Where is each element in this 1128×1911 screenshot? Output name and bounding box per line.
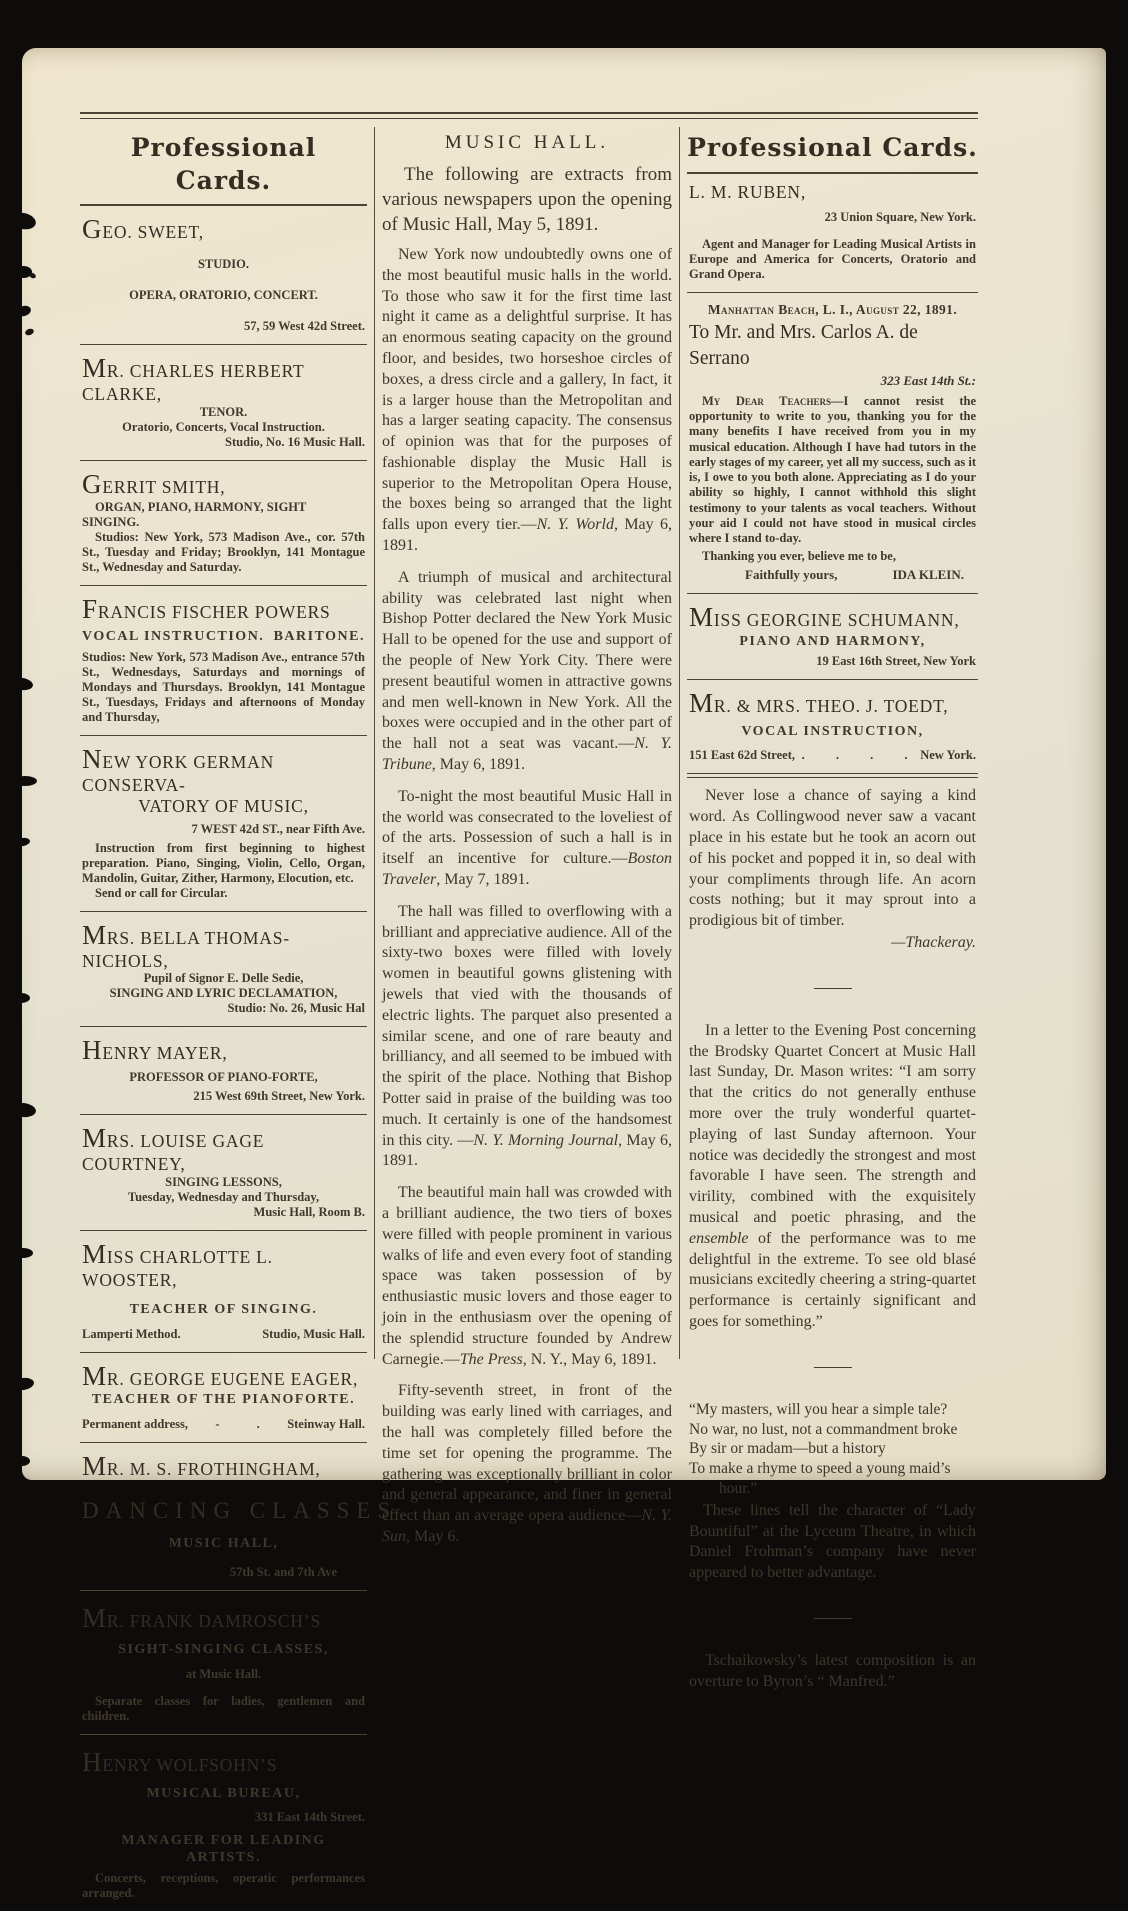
dancing-classes-banner: DANCING CLASSES <box>82 1496 365 1500</box>
card-line: Studio, No. 16 Music Hall. <box>82 435 365 450</box>
card-line: TEACHER OF SINGING. <box>82 1302 365 1319</box>
middle-column: MUSIC HALL. The following are extracts f… <box>382 127 672 1500</box>
card-line: TEACHER OF THE PIANOFORTE. <box>82 1392 365 1409</box>
column-rule-right-gap <box>672 127 687 1500</box>
torn-edge-mark <box>11 1377 34 1392</box>
card-name: HENRY MAYER, <box>82 1035 365 1066</box>
card-line: VOCAL INSTRUCTION. <box>82 629 264 646</box>
music-hall-intro: The following are extracts from various … <box>382 162 672 237</box>
quote-attribution: —Thackeray. <box>689 933 976 954</box>
card-name: MISS CHARLOTTE L. WOOSTER, <box>82 1239 365 1290</box>
thackeray-quote: Never lose a chance of saying a kind wor… <box>687 778 978 963</box>
extract-text: Fifty-seventh street, in front of the bu… <box>382 1382 672 1500</box>
card-line: 151 East 62d Street, <box>689 748 795 763</box>
card-charles-herbert-clarke: MR. CHARLES HERBERT CLARKE, TENOR. Orato… <box>80 345 367 460</box>
ink-speck <box>28 272 37 280</box>
press-source: N. Y. Morning Journal <box>473 1132 618 1149</box>
poem-line: “My masters, will you hear a simple tale… <box>689 1400 976 1420</box>
card-line: 215 West 69th Street, New York. <box>82 1089 365 1104</box>
card-louise-gage-courtney: MRS. LOUISE GAGE COURTNEY, SINGING LESSO… <box>80 1115 367 1230</box>
column-rule-left-gap <box>367 127 382 1500</box>
card-line: SINGING AND LYRIC DECLAMATION, <box>82 986 365 1001</box>
letter-body: My Dear Teachers—I cannot resist the opp… <box>689 394 976 547</box>
card-theo-toedt: MR. & MRS. THEO. J. TOEDT, VOCAL INSTRUC… <box>687 680 978 773</box>
letter-valediction: Faithfully yours, <box>745 567 837 584</box>
card-line: Instruction from first beginning to high… <box>82 841 365 886</box>
note-text: In a letter to the Evening Post concerni… <box>689 1021 976 1333</box>
professional-cards-header-left: Professional Cards. <box>80 127 367 206</box>
press-source: The Press <box>460 1351 523 1368</box>
card-frothingham-dancing: MR. M. S. FROTHINGHAM, DANCING CLASSES M… <box>80 1443 367 1500</box>
letter-signature: IDA KLEIN. <box>892 567 964 584</box>
press-extract: Fifty-seventh street, in front of the bu… <box>382 1381 672 1500</box>
three-column-layout: Professional Cards. GEO. SWEET, STUDIO. … <box>80 127 978 1500</box>
poem-line: By sir or madam—but a history <box>689 1439 976 1459</box>
extract-date: , May 6, 1891. <box>432 756 525 773</box>
note-text-pre: In a letter to the Evening Post concerni… <box>689 1022 976 1226</box>
card-line: Lamperti Method. <box>82 1327 181 1342</box>
torn-edge-mark <box>12 993 30 1003</box>
lady-bountiful-poem: “My masters, will you hear a simple tale… <box>687 1392 978 1500</box>
extract-text: The hall was filled to overflowing with … <box>382 903 672 1149</box>
torn-edge-mark <box>13 1248 33 1258</box>
torn-edge-mark <box>9 210 38 231</box>
card-line: BARITONE. <box>274 629 365 646</box>
card-line: PIANO AND HARMONY, <box>689 634 976 651</box>
press-extract: The beautiful main hall was crowded with… <box>382 1183 672 1370</box>
card-line-row: Permanent address, - . Steinway Hall. <box>82 1417 365 1432</box>
extract-date: , N. Y., May 6, 1891. <box>523 1351 657 1368</box>
card-name: MRS. BELLA THOMAS-NICHOLS, <box>82 920 365 971</box>
card-line: Oratorio, Concerts, Vocal Instruction. <box>82 420 365 435</box>
letter-body-text: —I cannot resist the opportunity to writ… <box>689 394 976 545</box>
card-name: GEO. SWEET, <box>82 214 365 245</box>
card-line: SINGING LESSONS, <box>82 1175 365 1190</box>
card-georgine-schumann: MISS GEORGINE SCHUMANN, PIANO AND HARMON… <box>687 594 978 679</box>
card-george-eugene-eager: MR. GEORGE EUGENE EAGER, TEACHER OF THE … <box>80 1353 367 1443</box>
card-ny-german-conservatory: NEW YORK GERMAN CONSERVA- VATORY OF MUSI… <box>80 736 367 912</box>
testimonial-letter: Manhattan Beach, L. I., August 22, 1891.… <box>687 293 978 594</box>
card-name: MR. CHARLES HERBERT CLARKE, <box>82 353 365 404</box>
music-hall-title: MUSIC HALL. <box>382 131 672 156</box>
torn-edge-mark <box>14 1456 30 1466</box>
card-name: MRS. LOUISE GAGE COURTNEY, <box>82 1123 365 1174</box>
press-extract: New York now undoubtedly owns one of the… <box>382 245 672 557</box>
letter-address: 323 East 14th St.: <box>689 373 976 390</box>
card-line: Steinway Hall. <box>287 1417 365 1432</box>
card-geo-sweet: GEO. SWEET, STUDIO. OPERA, ORATORIO, CON… <box>80 206 367 345</box>
card-charlotte-wooster: MISS CHARLOTTE L. WOOSTER, TEACHER OF SI… <box>80 1231 367 1353</box>
extract-text: New York now undoubtedly owns one of the… <box>382 246 672 533</box>
professional-cards-header-right: Professional Cards. <box>687 127 978 174</box>
card-line: . . . . <box>802 748 914 763</box>
dash-separator <box>814 1367 852 1368</box>
card-name: FRANCIS FISCHER POWERS <box>82 594 365 625</box>
card-line: Permanent address, <box>82 1417 188 1432</box>
card-line: Studios: New York, 573 Madison Ave., ent… <box>82 650 365 725</box>
torn-edge-mark <box>13 776 37 786</box>
quote-text: Never lose a chance of saying a kind wor… <box>689 786 976 932</box>
card-line: Music Hall, Room B. <box>82 1205 365 1220</box>
card-name: NEW YORK GERMAN CONSERVA- <box>82 744 365 795</box>
torn-edge-mark <box>9 1102 36 1119</box>
card-henry-mayer: HENRY MAYER, PROFESSOR OF PIANO-FORTE, 2… <box>80 1027 367 1115</box>
extract-text: The beautiful main hall was crowded with… <box>382 1184 672 1367</box>
column-rule <box>374 127 375 1359</box>
card-name: MISS GEORGINE SCHUMANN, <box>689 602 976 633</box>
card-bella-thomas-nichols: MRS. BELLA THOMAS-NICHOLS, Pupil of Sign… <box>80 912 367 1027</box>
press-extract: To-night the most beautiful Music Hall i… <box>382 787 672 891</box>
brodsky-note: In a letter to the Evening Post concerni… <box>687 1013 978 1343</box>
letter-dateline: Manhattan Beach, L. I., August 22, 1891. <box>689 301 976 319</box>
press-source: N. Y. World <box>537 516 614 533</box>
card-name: MR. & MRS. THEO. J. TOEDT, <box>689 688 976 719</box>
card-line: Studio, Music Hall. <box>262 1327 365 1342</box>
note-text-italic: ensemble <box>689 1230 749 1247</box>
card-line: - . <box>215 1417 259 1432</box>
card-line: STUDIO. <box>82 257 365 272</box>
card-name: MR. GEORGE EUGENE EAGER, <box>82 1361 365 1392</box>
letter-recipient: To Mr. and Mrs. Carlos A. de Serrano <box>689 320 976 371</box>
card-line: Studio: No. 26, Music Hal <box>82 1001 365 1016</box>
card-line-row: VOCAL INSTRUCTION. BARITONE. <box>82 629 365 646</box>
left-column: Professional Cards. GEO. SWEET, STUDIO. … <box>80 127 367 1500</box>
column-rule <box>679 127 680 1359</box>
poem-line: To make a rhyme to speed a young maid’s … <box>689 1459 976 1499</box>
card-line: New York. <box>920 748 976 763</box>
right-column: Professional Cards. L. M. RUBEN, 23 Unio… <box>687 127 978 1500</box>
card-line: PROFESSOR OF PIANO-FORTE, <box>82 1070 365 1085</box>
card-line: 7 WEST 42d ST., near Fifth Ave. <box>82 822 365 837</box>
ink-speck <box>24 328 35 337</box>
press-extract: A triumph of musical and architectural a… <box>382 568 672 776</box>
card-lm-ruben: L. M. RUBEN, 23 Union Square, New York. … <box>687 174 978 292</box>
card-name-line2: VATORY OF MUSIC, <box>82 795 365 818</box>
card-line: 57, 59 West 42d Street. <box>82 319 365 334</box>
card-line: VOCAL INSTRUCTION, <box>689 724 976 741</box>
poem-line: No war, no lust, not a commandment broke <box>689 1420 976 1440</box>
card-francis-fischer-powers: FRANCIS FISCHER POWERS VOCAL INSTRUCTION… <box>80 586 367 736</box>
scanned-page: Professional Cards. GEO. SWEET, STUDIO. … <box>22 48 1106 1480</box>
card-line: 23 Union Square, New York. <box>689 210 976 225</box>
card-line: Studios: New York, 573 Madison Ave., cor… <box>82 530 365 575</box>
card-name: GERRIT SMITH, <box>82 469 365 500</box>
letter-salutation: My Dear Teachers <box>702 394 831 408</box>
card-name: MR. M. S. FROTHINGHAM, <box>82 1451 365 1482</box>
torn-edge-mark <box>10 677 33 692</box>
card-line: OPERA, ORATORIO, CONCERT. <box>82 288 365 303</box>
card-line: TENOR. <box>82 405 365 420</box>
torn-edge-mark <box>16 304 32 318</box>
card-line: Send or call for Circular. <box>82 886 365 901</box>
top-double-rule <box>80 112 978 119</box>
card-name: L. M. RUBEN, <box>689 182 976 202</box>
dash-separator <box>814 988 852 989</box>
torn-edge-mark <box>15 837 30 847</box>
extract-date: , May 7, 1891. <box>436 871 529 888</box>
card-line-row: Lamperti Method. Studio, Music Hall. <box>82 1327 365 1342</box>
card-line: Pupil of Signor E. Delle Sedie, <box>82 971 365 986</box>
card-gerrit-smith: GERRIT SMITH, ORGAN, PIANO, HARMONY, SIG… <box>80 461 367 586</box>
extract-text: A triumph of musical and architectural a… <box>382 569 672 752</box>
letter-closing: Thanking you ever, believe me to be, <box>689 548 976 564</box>
press-extract: The hall was filled to overflowing with … <box>382 902 672 1172</box>
card-line-row: 151 East 62d Street, . . . . New York. <box>689 748 976 763</box>
card-line: ORGAN, PIANO, HARMONY, SIGHT SINGING. <box>82 500 365 530</box>
card-line: 19 East 16th Street, New York <box>689 654 976 669</box>
page-content: Professional Cards. GEO. SWEET, STUDIO. … <box>80 48 978 1500</box>
letter-signature-row: Faithfully yours, IDA KLEIN. <box>689 565 976 584</box>
card-line: Agent and Manager for Leading Musical Ar… <box>689 237 976 282</box>
card-line: Tuesday, Wednesday and Thursday, <box>82 1190 365 1205</box>
